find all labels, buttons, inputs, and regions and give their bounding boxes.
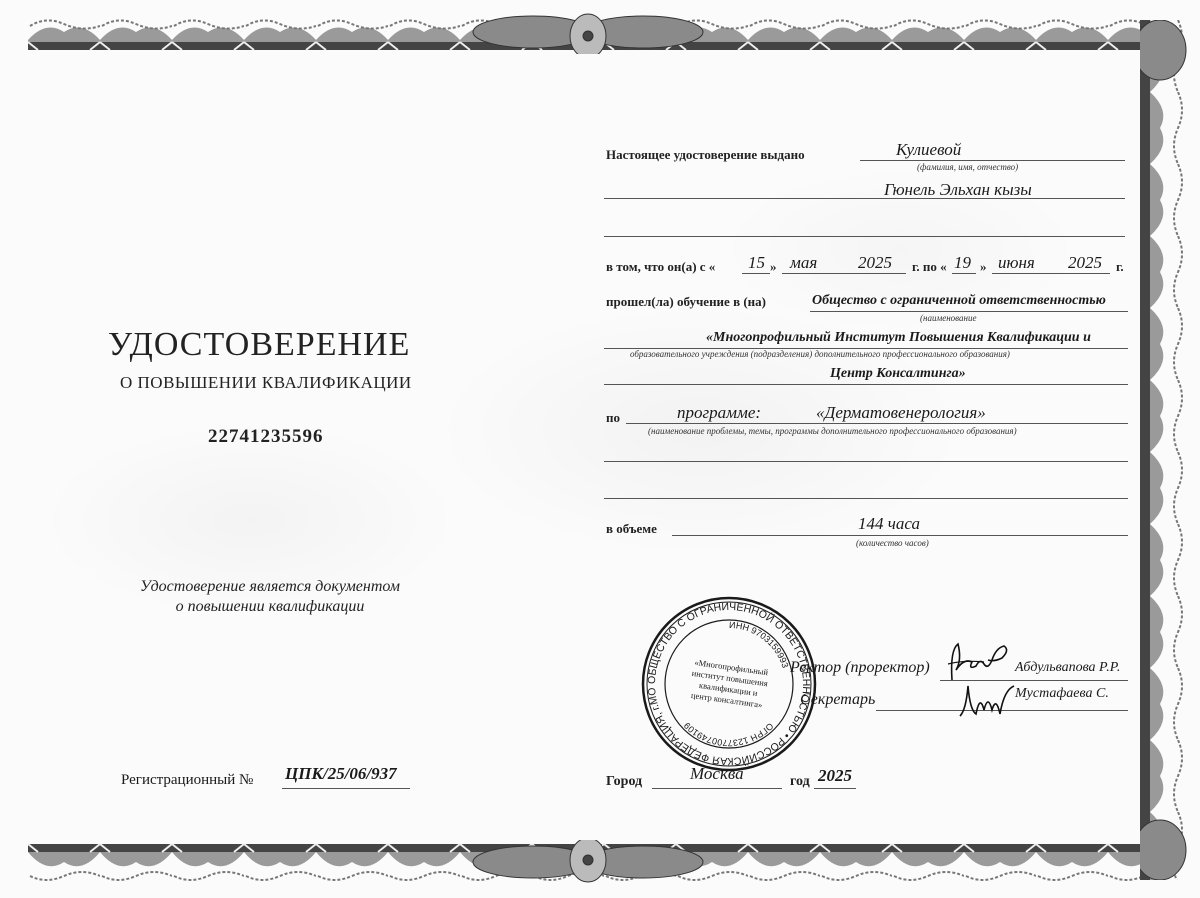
registration-label: Регистрационный № [121, 772, 253, 789]
volume-hint: (количество часов) [856, 538, 929, 548]
recipient-given-names: Гюнель Эльхан кызы [884, 180, 1032, 200]
program-name: «Дерматовенерология» [816, 403, 986, 423]
start-month-line [782, 273, 906, 274]
registration-number: ЦПК/25/06/937 [285, 764, 397, 784]
volume-underline [672, 535, 1128, 536]
start-year: 2025 [858, 253, 892, 273]
program-word: программе: [677, 403, 761, 423]
period-suffix: г. [1116, 259, 1124, 275]
start-day-line [742, 273, 770, 274]
end-day: 19 [954, 253, 971, 273]
city-value: Москва [690, 764, 744, 784]
certificate-note: Удостоверение является документом о повы… [110, 577, 430, 617]
note-line-2: о повышении квалификации [110, 597, 430, 617]
city-underline [652, 788, 782, 789]
year-value: 2025 [818, 766, 852, 786]
volume-label: в объеме [606, 521, 657, 537]
svg-text:ОГРН 1237700749109: ОГРН 1237700749109 [682, 720, 775, 748]
rector-name: Абдульвапова Р.Р. [1015, 660, 1120, 676]
end-month: июня [998, 253, 1035, 273]
registration-underline [282, 788, 410, 789]
end-year: 2025 [1068, 253, 1102, 273]
secretary-signature [956, 680, 1018, 720]
end-month-line [992, 273, 1110, 274]
note-line-1: Удостоверение является документом [110, 577, 430, 597]
surname-line [860, 160, 1125, 161]
given-names-line [604, 198, 1125, 199]
blank-line-2 [604, 461, 1128, 462]
period-prefix: в том, что он(а) с « [606, 259, 715, 275]
to-label: г. по « [912, 259, 947, 275]
blank-line-1 [604, 236, 1125, 237]
program-label: по [606, 410, 620, 426]
volume-value: 144 часа [858, 514, 920, 534]
seal-ogrn: ОГРН 1237700749109 [682, 720, 775, 748]
start-day: 15 [748, 253, 765, 273]
org-line-2: «Многопрофильный Институт Повышения Квал… [706, 330, 1091, 346]
recipient-surname: Кулиевой [896, 140, 961, 160]
program-hint: (наименование проблемы, темы, программы … [648, 426, 1017, 436]
fio-hint: (фамилия, имя, отчество) [917, 162, 1018, 172]
city-label: Город [606, 774, 642, 790]
certificate-number: 22741235596 [208, 426, 324, 448]
rector-signature [944, 640, 1014, 684]
org-line-1: Общество с ограниченной ответственностью [812, 293, 1106, 309]
year-label: год [790, 774, 810, 790]
org-hint-1: (наименование [920, 313, 976, 323]
program-underline [626, 423, 1128, 424]
org-line-1-underline [810, 311, 1128, 312]
ornamental-border-top [28, 12, 1148, 54]
blank-line-3 [604, 498, 1128, 499]
org-line-3: Центр Консалтинга» [830, 366, 966, 382]
ornamental-border-right [1140, 20, 1190, 880]
ornamental-border-bottom [28, 840, 1148, 885]
document-title: УДОСТОВЕРЕНИЕ [108, 326, 410, 364]
issued-label: Настоящее удостоверение выдано [606, 147, 805, 163]
org-hint-2: образовательного учреждения (подразделен… [630, 349, 1010, 359]
official-seal: ОБЩЕСТВО С ОГРАНИЧЕННОЙ ОТВЕТСТВЕННОСТЬЮ… [641, 596, 817, 772]
secretary-name: Мустафаева С. [1015, 686, 1109, 702]
start-month: мая [790, 253, 817, 273]
document-subtitle: О ПОВЫШЕНИИ КВАЛИФИКАЦИИ [120, 373, 412, 393]
year-underline [814, 788, 856, 789]
certificate-document: УДОСТОВЕРЕНИЕ О ПОВЫШЕНИИ КВАЛИФИКАЦИИ 2… [0, 0, 1200, 898]
org-line-3-underline [604, 384, 1128, 385]
trained-label: прошел(ла) обучение в (на) [606, 294, 766, 310]
end-day-line [952, 273, 976, 274]
